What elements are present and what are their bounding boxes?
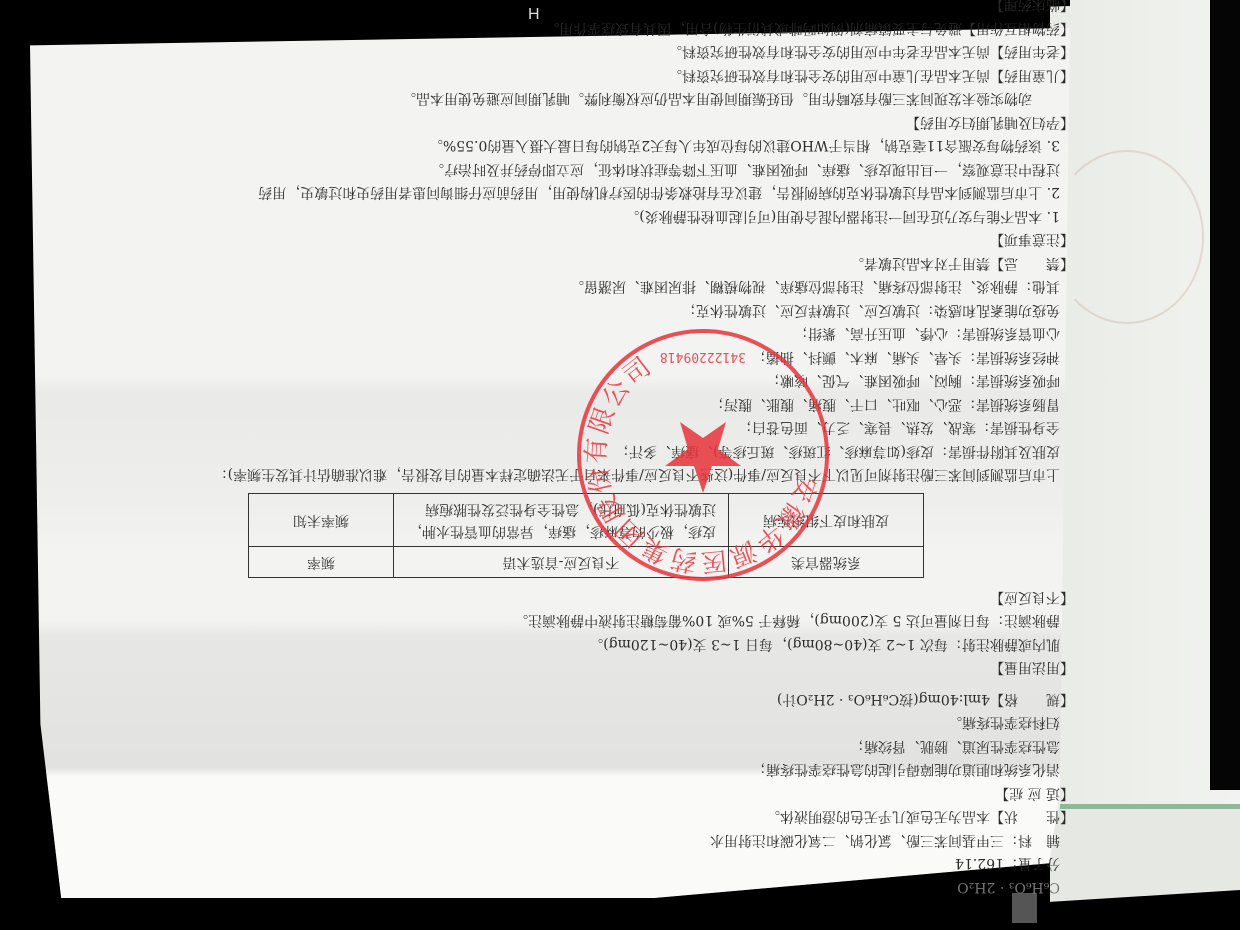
dosage-heading: 【用法用量】 (140, 655, 1074, 679)
pregnancy-heading: 【孕妇及哺乳期妇女用药】 (140, 110, 1074, 134)
adverse-reactions-heading: 【不良反应】 (140, 585, 1074, 609)
table-row: 皮肤和皮下组织疾病 皮疹，极少的荨麻疹，瘙痒，异常的血管性水肿，过敏性休克(低血… (249, 494, 924, 547)
adverse-item: 免疫功能紊乱和感染：过敏反应、过敏样反应、过敏性休克； (140, 298, 1060, 322)
adverse-item: 胃肠系统损害：恶心、呕吐、口干、腹痛、腹胀、腹泻； (140, 392, 1060, 416)
background-dark-left (0, 700, 30, 930)
table-header: 不良反应-首选术语 (394, 547, 729, 578)
table-cell: 频率未知 (249, 494, 394, 547)
pregnancy-text: 动物实验未发现间苯三酚有致畸作用。但妊娠期间使用本品仍应权衡利弊。哺乳期间应避免… (140, 86, 1060, 110)
excipients: 辅 料：三甲基间苯三酚、氯化钠、二氧化碳和注射用水 (140, 828, 1060, 852)
adverse-item: 皮肤及其附件损害：皮疹(如荨麻疹、红斑疹、斑丘疹等)、瘙痒、多汗； (140, 439, 1060, 463)
precautions-heading: 【注意事项】 (140, 227, 1074, 251)
table-cell: 皮疹，极少的荨麻疹，瘙痒，异常的血管性水肿，过敏性休克(低血压)，急性全身性泛发… (394, 494, 729, 547)
table-header: 频率 (249, 547, 394, 578)
precaution-item: 过程中注意观察，一旦出现皮疹、瘙痒、呼吸困难、血压下降等症状和体征，应立即停药并… (140, 157, 1060, 181)
leaflet-content: C₆H₆O₃ · 2H₂O 分子量：162.14 辅 料：三甲基间苯三酚、氯化钠… (140, 38, 1060, 898)
geriatric: 【老年用药】尚无本品在老年中应用的安全性和有效性研究资料。 (140, 39, 1074, 63)
indication-item: 消化系统和胆道功能障碍引起的急性痉挛性疼痛； (140, 757, 1060, 781)
table-cell: 皮肤和皮下组织疾病 (729, 494, 924, 547)
contraindications: 【禁 忌】禁用于对本品过敏者。 (140, 251, 1074, 275)
postmarket-intro: 上市后监测到间苯三酚注射剂可见以下不良反应/事件(这些不良反应/事件来自于无法确… (160, 462, 1060, 486)
dosage-item: 静脉滴注：每日剂量可达 5 支(200mg)，稀释于 5%或 10%葡萄糖注射液… (140, 608, 1060, 632)
background-dark-right (1210, 0, 1240, 790)
precaution-item: 2. 上市后监测到本品有过敏性休克的病例报告，建议在有抢救条件的医疗机构使用，用… (140, 180, 1060, 204)
precaution-item: 3. 该药物每安瓿含11毫克钠，相当于WHO建议的每位成年人每天2克钠的每日最大… (140, 133, 1060, 157)
formula-line: C₆H₆O₃ · 2H₂O (140, 875, 1060, 899)
molecular-weight: 分子量：162.14 (140, 851, 1060, 875)
table-header-row: 系统器官类 不良反应-首选术语 频率 (249, 547, 924, 578)
adverse-reactions-table: 系统器官类 不良反应-首选术语 频率 皮肤和皮下组织疾病 皮疹，极少的荨麻疹，瘙… (248, 494, 924, 579)
precaution-item: 1. 本品不能与安乃近在同一注射器内混合使用(可引起血栓性静脉炎)。 (140, 204, 1060, 228)
background-glass-edge (1060, 804, 1240, 809)
table-header: 系统器官类 (729, 547, 924, 578)
adverse-item: 心血管系统损害：心悸、血压升高、紫绀； (140, 321, 1060, 345)
adverse-item: 神经系统损害：头晕、头痛、麻木、颤抖、抽搐； (140, 345, 1060, 369)
pharmacology-heading: 【临床药理】 (140, 0, 1074, 16)
dosage-item: 肌内或静脉注射：每次 1~2 支(40~80mg)，每日 1~3 支(40~12… (140, 632, 1060, 656)
indication-item: 妇科痉挛性疼痛。 (140, 710, 1060, 734)
pediatric: 【儿童用药】尚无本品在儿童中应用的安全性和有效性研究资料。 (140, 63, 1074, 87)
specification: 【规 格】4ml:40mg(按C₆H₆O₃ · 2H₂O计) (140, 687, 1074, 711)
indications-heading: 【适 应 症】 (140, 781, 1074, 805)
adverse-item: 全身性损害：寒战、发热、畏寒、乏力、面色苍白； (140, 415, 1060, 439)
interactions: 【药物相互作用】避免与主要镇痛剂(例如吗啡或其衍生物)合用，因其有致痉挛作用。 (140, 16, 1074, 40)
indication-item: 急性痉挛性尿道、膀胱、肾绞痛； (140, 734, 1060, 758)
description: 【性 状】本品为无色或几乎无色的澄明液体。 (140, 804, 1074, 828)
adverse-item: 其他：静脉炎、注射部位疼痛、注射部位瘙痒、视物模糊、排尿困难、尿潴留。 (140, 274, 1060, 298)
adverse-item: 呼吸系统损害：胸闷、呼吸困难、气促、咳嗽； (140, 368, 1060, 392)
